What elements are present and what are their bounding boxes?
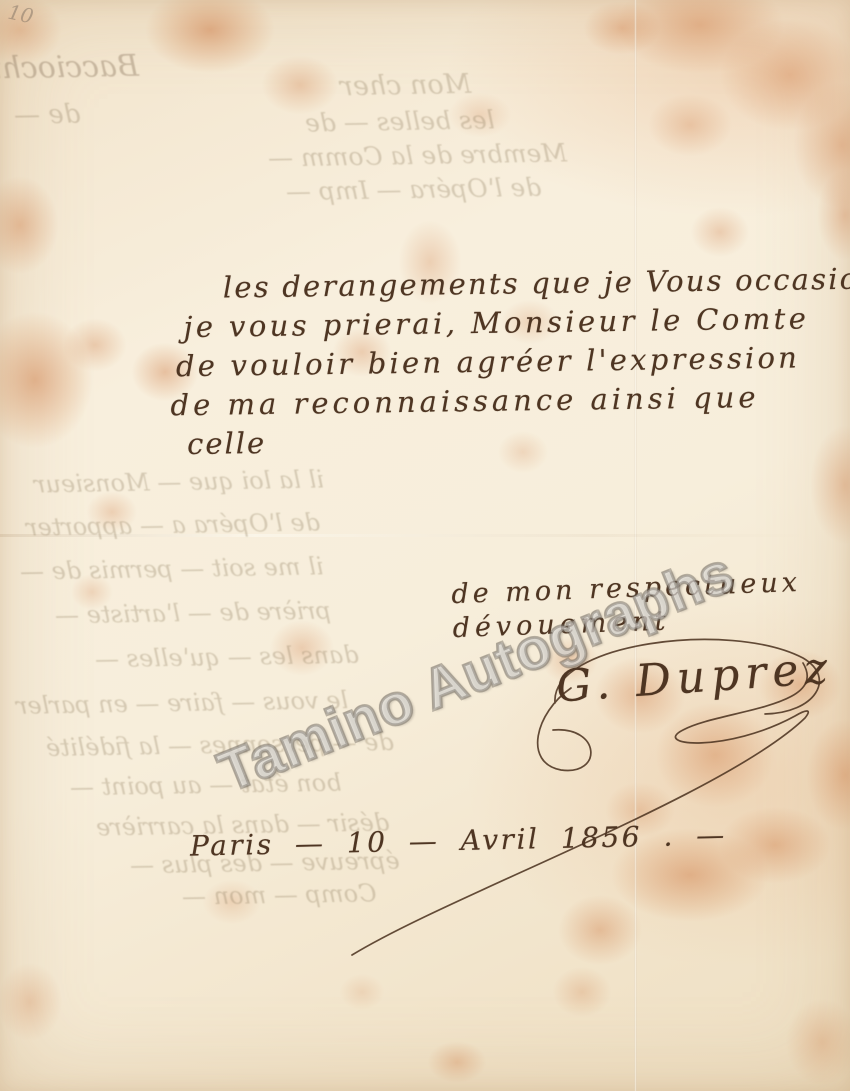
bleedthrough-line: de l'Opéra — Imp —: [286, 173, 542, 206]
horizontal-fold-crease: [0, 534, 850, 537]
vertical-fold-crease: [634, 0, 637, 1091]
foxing-stains: [0, 0, 850, 1091]
bleedthrough-line: prière de — l'artiste —: [55, 597, 331, 630]
letter-closing: de mon respectueuxdévouement: [451, 567, 803, 647]
dateline: Paris — 10 — Avril 1856 . —: [190, 818, 727, 862]
bleedthrough-line: Mon cher: [340, 69, 472, 102]
bleedthrough-line: de — personnes — la fidélité: [46, 728, 394, 762]
signature: G. Duprez: [555, 642, 835, 712]
corner-pencil-mark: 10: [6, 0, 36, 28]
bleedthrough-line: Comp — mon —: [182, 879, 377, 910]
bleedthrough-line: les belles — de: [305, 105, 495, 137]
bleedthrough-line: de —: [14, 99, 81, 130]
bleedthrough-line: Membre de la Comm —: [268, 138, 567, 172]
bleedthrough-line: bon état — au point —: [70, 769, 342, 802]
letter-body: les derangements que je Vous occasionnej…: [175, 261, 850, 466]
bleedthrough-line: Bacciochi: [0, 49, 139, 87]
bleedthrough-line: il la loi que — Monsieur: [34, 465, 324, 498]
bleedthrough-line: le vous — faire — en parler: [16, 686, 349, 720]
letter-scan: Bacciochide —Mon cherles belles — deMemb…: [0, 0, 850, 1091]
bleedthrough-line: dans les — qu'elles —: [95, 641, 359, 674]
bleedthrough-line: il me soit — permis de —: [20, 552, 324, 585]
